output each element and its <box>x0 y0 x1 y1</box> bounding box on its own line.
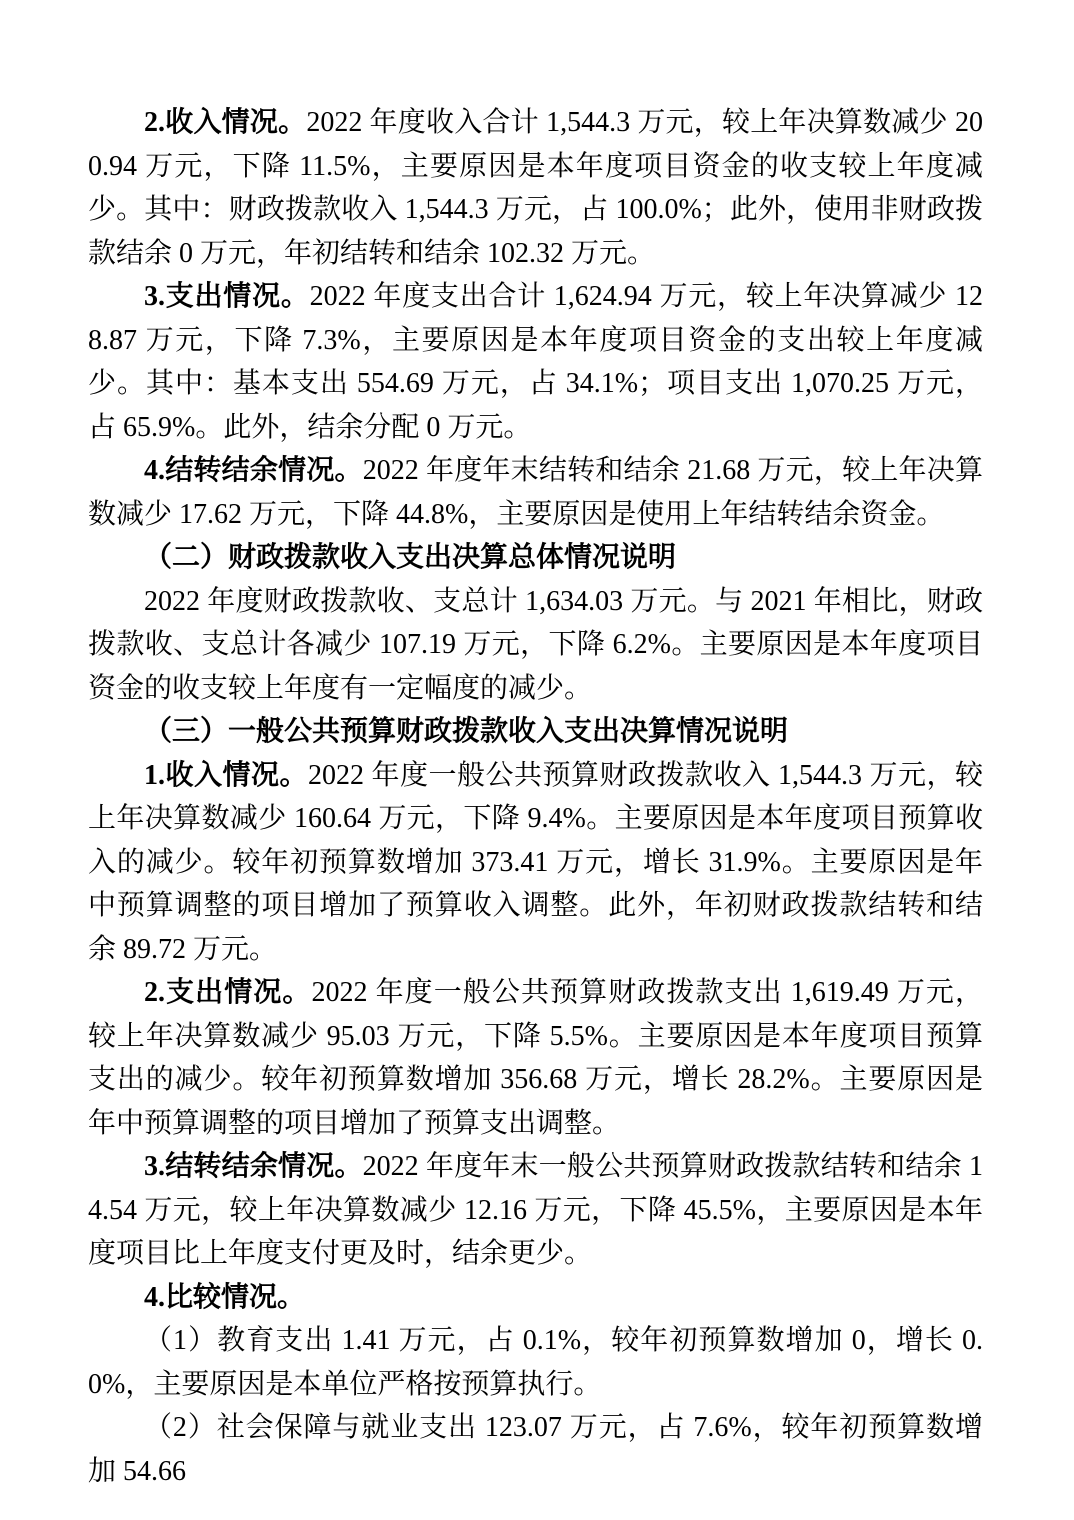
paragraph-gpb-expenditure: 2.支出情况。2022 年度一般公共预算财政拨款支出 1,619.49 万元，较… <box>88 971 983 1145</box>
section-heading-fiscal-appropriation: （二）财政拨款收入支出决算总体情况说明 <box>88 536 983 580</box>
paragraph-comparison-heading: 4.比较情况。 <box>88 1276 983 1320</box>
paragraph-text: （2）社会保障与就业支出 123.07 万元，占 7.6%，较年初预算数增加 5… <box>88 1412 983 1487</box>
paragraph-lead: 4.比较情况。 <box>144 1282 305 1313</box>
section-heading-text: （三）一般公共预算财政拨款收入支出决算情况说明 <box>144 716 788 747</box>
paragraph-income-overview: 2.收入情况。2022 年度收入合计 1,544.3 万元，较上年决算数减少 2… <box>88 101 983 275</box>
paragraph-lead: 4.结转结余情况。 <box>144 455 363 486</box>
section-heading-text: （二）财政拨款收入支出决算总体情况说明 <box>144 542 676 573</box>
paragraph-lead: 3.结转结余情况。 <box>144 1151 363 1182</box>
paragraph-gpb-income: 1.收入情况。2022 年度一般公共预算财政拨款收入 1,544.3 万元，较上… <box>88 754 983 972</box>
paragraph-expenditure-overview: 3.支出情况。2022 年度支出合计 1,624.94 万元，较上年决算减少 1… <box>88 275 983 449</box>
paragraph-lead: 2.支出情况。 <box>144 977 311 1008</box>
paragraph-fiscal-appropriation-total: 2022 年度财政拨款收、支总计 1,634.03 万元。与 2021 年相比，… <box>88 580 983 711</box>
paragraph-text: 2022 年度财政拨款收、支总计 1,634.03 万元。与 2021 年相比，… <box>88 586 983 704</box>
section-heading-general-public-budget: （三）一般公共预算财政拨款收入支出决算情况说明 <box>88 710 983 754</box>
paragraph-lead: 3.支出情况。 <box>144 281 310 312</box>
paragraph-gpb-carryover: 3.结转结余情况。2022 年度年末一般公共预算财政拨款结转和结余 14.54 … <box>88 1145 983 1276</box>
paragraph-text: （1）教育支出 1.41 万元，占 0.1%，较年初预算数增加 0，增长 0.0… <box>88 1325 983 1400</box>
paragraph-education-expenditure: （1）教育支出 1.41 万元，占 0.1%，较年初预算数增加 0，增长 0.0… <box>88 1319 983 1406</box>
paragraph-social-security-expenditure: （2）社会保障与就业支出 123.07 万元，占 7.6%，较年初预算数增加 5… <box>88 1406 983 1493</box>
paragraph-carryover-overview: 4.结转结余情况。2022 年度年末结转和结余 21.68 万元，较上年决算数减… <box>88 449 983 536</box>
document-page: 2.收入情况。2022 年度收入合计 1,544.3 万元，较上年决算数减少 2… <box>0 0 1074 1520</box>
paragraph-lead: 1.收入情况。 <box>144 760 308 791</box>
paragraph-lead: 2.收入情况。 <box>144 107 306 138</box>
